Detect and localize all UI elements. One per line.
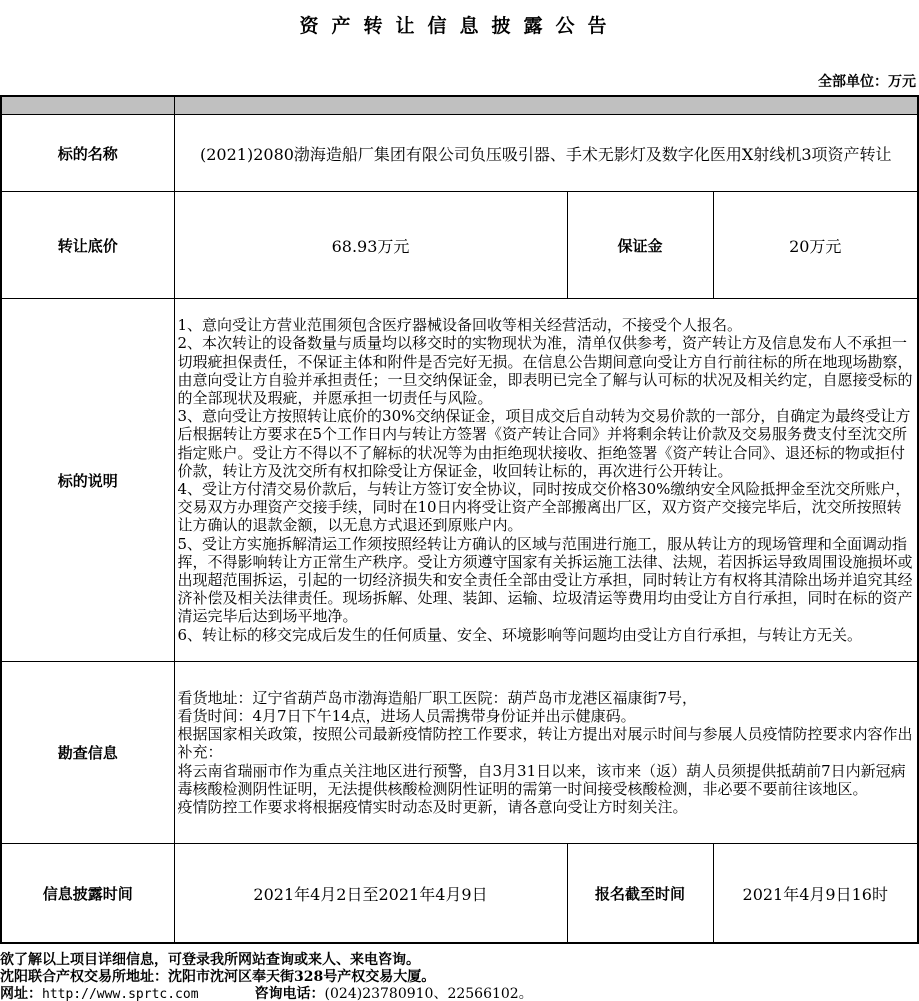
deposit-value: 20万元 — [713, 192, 918, 299]
footer-address: 沈阳联合产权交易所地址：沈阳市沈河区奉天街328号产权交易大厦。 — [0, 969, 919, 986]
table-header-cell-left — [1, 96, 174, 115]
floor-price-value: 68.93万元 — [174, 192, 567, 299]
disclosure-period-label: 信息披露时间 — [1, 844, 174, 944]
subject-description-text: 1、意向受让方营业范围须包含医疗器械设备回收等相关经营活动，不接受个人报名。 2… — [174, 299, 918, 662]
survey-info-label: 勘查信息 — [1, 662, 174, 844]
footer-website-label: 网址： — [0, 986, 42, 1001]
registration-deadline-value: 2021年4月9日16时 — [713, 844, 918, 944]
floor-price-row: 转让底价 68.93万元 保证金 20万元 — [1, 192, 918, 299]
subject-name-label: 标的名称 — [1, 115, 174, 192]
footer-contact-line: 网址：http://www.sprtc.com咨询电话：(024)2378091… — [0, 986, 919, 1001]
subject-name-value: (2021)2080渤海造船厂集团有限公司负压吸引器、手术无影灯及数字化医用X射… — [174, 115, 918, 192]
page-title: 资产转让信息披露公告 — [0, 0, 919, 38]
disclosure-table: 标的名称 (2021)2080渤海造船厂集团有限公司负压吸引器、手术无影灯及数字… — [0, 95, 919, 944]
footer: 欲了解以上项目详细信息，可登录我所网站查询或来人、来电咨询。 沈阳联合产权交易所… — [0, 952, 919, 1001]
registration-deadline-label: 报名截至时间 — [567, 844, 713, 944]
survey-info-text: 看货地址：辽宁省葫芦岛市渤海造船厂职工医院：葫芦岛市龙港区福康街7号， 看货时间… — [174, 662, 918, 844]
unit-note: 全部单位：万元 — [0, 71, 916, 91]
footer-phone-label: 咨询电话： — [255, 986, 325, 1001]
subject-name-row: 标的名称 (2021)2080渤海造船厂集团有限公司负压吸引器、手术无影灯及数字… — [1, 115, 918, 192]
table-header-row — [1, 96, 918, 115]
subject-description-label: 标的说明 — [1, 299, 174, 662]
survey-info-row: 勘查信息 看货地址：辽宁省葫芦岛市渤海造船厂职工医院：葫芦岛市龙港区福康街7号，… — [1, 662, 918, 844]
disclosure-period-value: 2021年4月2日至2021年4月9日 — [174, 844, 567, 944]
footer-website-url: http://www.sprtc.com — [42, 987, 199, 1001]
footer-note: 欲了解以上项目详细信息，可登录我所网站查询或来人、来电咨询。 — [0, 952, 919, 969]
table-header-cell-right — [174, 96, 918, 115]
deposit-label: 保证金 — [567, 192, 713, 299]
subject-description-row: 标的说明 1、意向受让方营业范围须包含医疗器械设备回收等相关经营活动，不接受个人… — [1, 299, 918, 662]
footer-phone-value: (024)23780910、22566102。 — [325, 986, 533, 1001]
disclosure-period-row: 信息披露时间 2021年4月2日至2021年4月9日 报名截至时间 2021年4… — [1, 844, 918, 944]
floor-price-label: 转让底价 — [1, 192, 174, 299]
